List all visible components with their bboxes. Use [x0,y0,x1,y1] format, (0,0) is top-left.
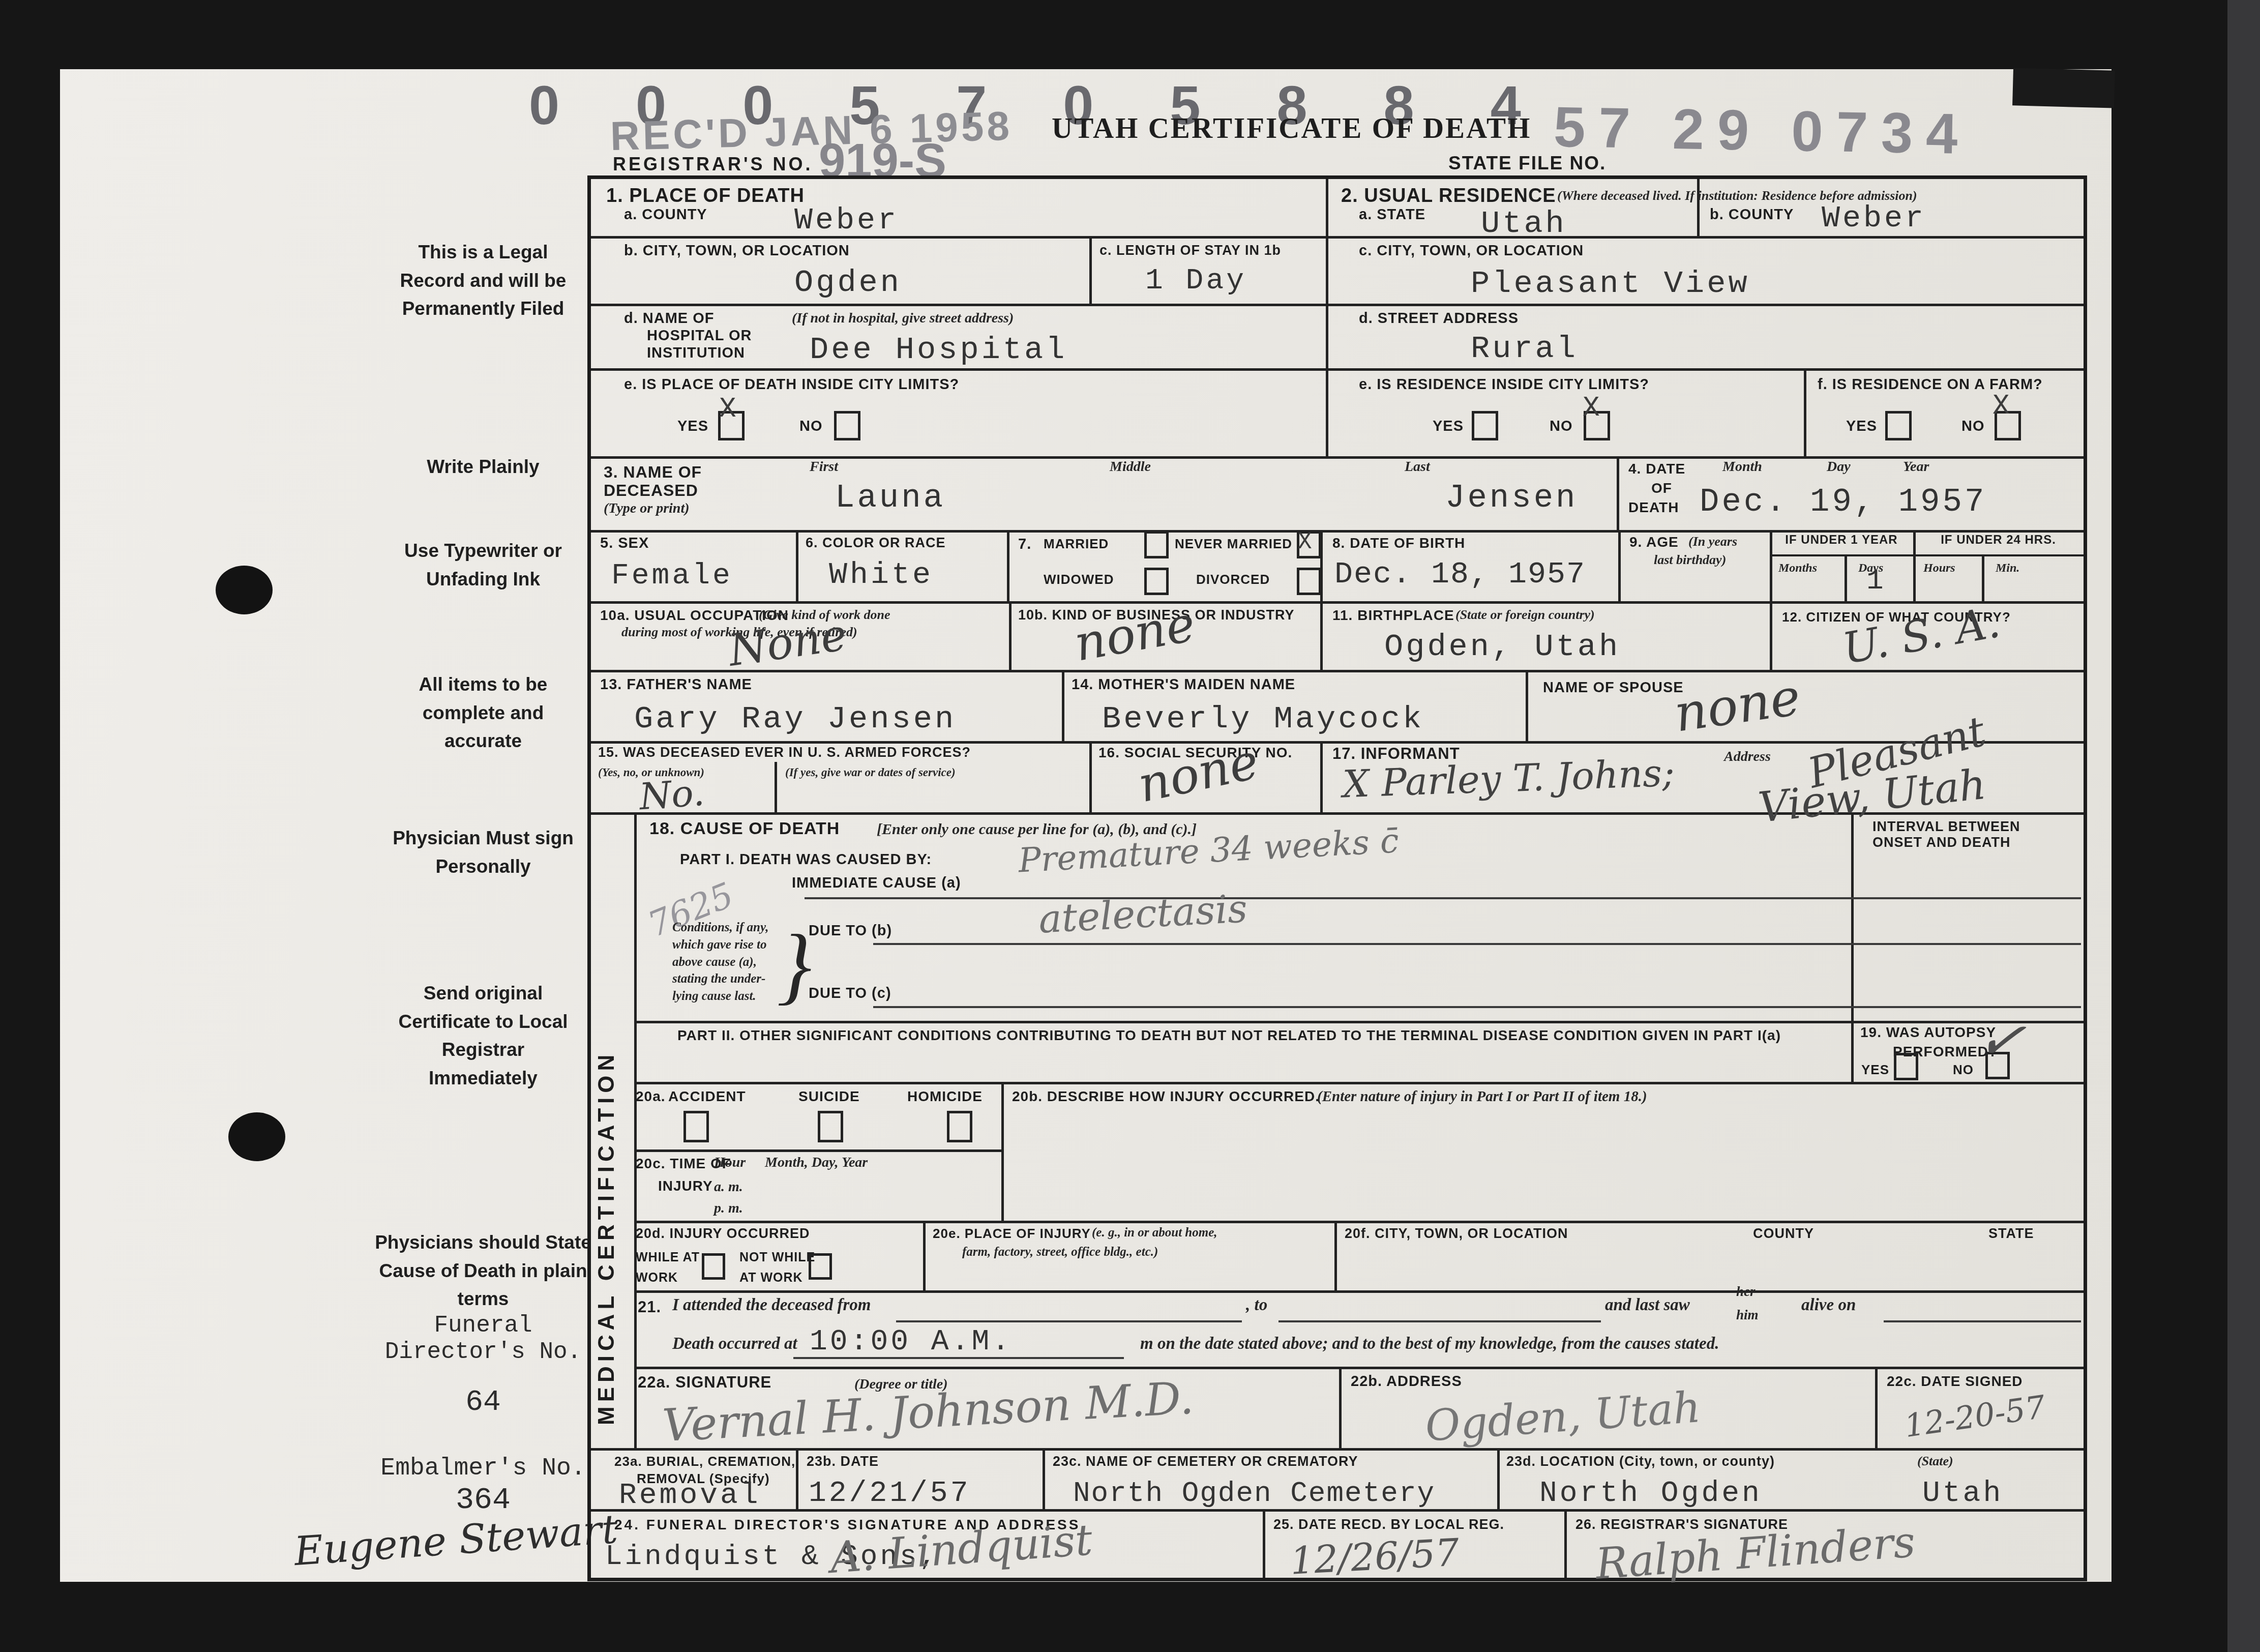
f23d-value: North Ogden [1539,1477,1762,1510]
s1-d-label2: HOSPITAL OR [647,328,752,344]
f20b-label: 20b. DESCRIBE HOW INJURY OCCURRED. [1012,1088,1320,1105]
margin-note-complete: All items to be complete and accurate [386,670,580,755]
f20a-suicide-checkbox [818,1111,843,1142]
f18-line-c [873,1006,2081,1008]
grid-line [1043,1448,1045,1509]
s1-e-label: e. IS PLACE OF DEATH INSIDE CITY LIMITS? [624,376,959,393]
f20a-homicide-label: HOMICIDE [907,1088,983,1105]
s1-c-label: c. LENGTH OF STAY IN 1b [1099,243,1281,258]
s3-label2: DECEASED [604,481,698,500]
embalmers-no-label: Embalmer's No. [351,1455,615,1482]
f7-number: 7. [1018,536,1031,553]
f21-number: 21. [638,1298,661,1316]
certificate-title: UTAH CERTIFICATE OF DEATH [1052,112,1531,145]
scan-right-band [2227,0,2260,1652]
f20f-county-label: COUNTY [1753,1226,1814,1242]
f13-value: Gary Ray Jensen [634,701,956,737]
f20c-label2: INJURY [658,1178,713,1194]
f7-widowed-label: WIDOWED [1044,572,1114,587]
scan-corner-shadow [2012,68,2115,108]
s2-a-label: a. STATE [1359,206,1425,223]
s3-first-label: First [810,459,838,475]
grid-line [1007,530,1009,601]
f20f-state-label: STATE [1988,1226,2034,1242]
f22c-label: 22c. DATE SIGNED [1887,1373,2023,1390]
certificate-paper: 0 0 0 5 7 0 5 8 8 4 REC'D JAN 6 1958 REG… [60,69,2112,1582]
f20c-hour-label: Hour [714,1155,746,1171]
f22c-value: 12-20-57 [1902,1388,2047,1444]
s1-d-value: Dee Hospital [810,332,1067,368]
f20f-label: 20f. CITY, TOWN, OR LOCATION [1345,1226,1568,1242]
grid-line [775,762,777,812]
s1-d-label3: INSTITUTION [647,345,745,362]
grid-line [634,1221,2084,1223]
s2-title: 2. USUAL RESIDENCE [1341,185,1556,207]
grid-line [1875,1367,1878,1448]
f23a-label: 23a. BURIAL, CREMATION, [614,1454,795,1469]
medical-certification-label: MEDICAL CERTIFICATION [594,840,619,1425]
f22a-label: 22a. SIGNATURE [638,1373,771,1392]
f23c-value: North Ogden Cemetery [1073,1477,1435,1510]
f9-under24-label: IF UNDER 24 HRS. [1913,533,2084,547]
f21-blank2 [1278,1320,1601,1322]
s4-label: 4. DATE [1628,461,1685,477]
f18-label: 18. CAUSE OF DEATH [649,819,840,839]
s3-middle-label: Middle [1110,459,1151,475]
f23d-state-label: (State) [1917,1454,1953,1469]
f21-time-value: 10:00 A.M. [810,1325,1012,1359]
s4-day-label: Day [1827,459,1851,475]
f22b-value: Ogden, Utah [1423,1382,1702,1451]
grid-line [1001,1082,1004,1221]
f10b-value: none [1070,595,1199,672]
grid-line [1339,1367,1342,1448]
grid-line [1617,456,1619,530]
s2-e-no-mark: X [1583,392,1602,424]
f20a-accident-checkbox [683,1111,709,1142]
funeral-directors-no-value: 64 [371,1386,595,1419]
s2-c-value: Pleasant View [1471,265,1750,302]
grid-line [1497,1448,1500,1509]
f20e-sublabel1: (e. g., in or about home, [1092,1226,1217,1240]
margin-note-plain-terms: Physicians should State Cause of Death i… [371,1228,595,1313]
f18-due-b-label: DUE TO (b) [809,923,892,939]
s1-a-label: a. COUNTY [624,206,707,223]
f21-him-label: him [1736,1307,1759,1323]
f7-divorced-checkbox [1297,568,1321,595]
f15-label: 15. WAS DECEASED EVER IN U. S. ARMED FOR… [598,745,971,760]
s2-e-label: e. IS RESIDENCE INSIDE CITY LIMITS? [1359,376,1649,393]
grid-line [591,368,2084,371]
f7-never-married-label: NEVER MARRIED [1175,536,1292,552]
grid-line [1089,741,1092,812]
f18-due-c-label: DUE TO (c) [809,985,891,1002]
margin-note-physician-sign: Physician Must sign Personally [386,824,580,880]
f7-never-married-mark: X [1298,529,1315,555]
f8-value: Dec. 18, 1957 [1334,557,1586,592]
f7-divorced-label: DIVORCED [1196,572,1270,587]
f20c-mdy-label: Month, Day, Year [765,1155,868,1171]
grid-line [1845,554,1847,601]
f21-text1: I attended the deceased from [672,1296,871,1315]
received-date-stamp: REC'D JAN 6 1958 [610,103,1013,160]
f21-text3: and last saw [1605,1296,1690,1315]
f20a-suicide-label: SUICIDE [798,1088,860,1105]
f20b-sublabel: (Enter nature of injury in Part I or Par… [1317,1088,1647,1105]
f22b-label: 22b. ADDRESS [1351,1373,1462,1390]
f18-line-b [873,943,2081,945]
f20c-pm-label: p. m. [714,1200,743,1217]
f9-under1-label: IF UNDER 1 YEAR [1770,533,1913,547]
f9-sublabel1: (In years [1688,534,1737,549]
f9-hours-label: Hours [1923,562,1955,575]
s1-d-label: d. NAME OF [624,310,715,327]
f20d-while-checkbox [702,1253,725,1280]
s2-f-yes-label: YES [1846,418,1877,435]
grid-line [1009,601,1012,670]
f9-months-label: Months [1778,562,1817,575]
f15-value: No. [638,771,706,818]
f21-time-underline [793,1357,1124,1359]
f12-value: U. S. A. [1839,597,2004,674]
f23b-value: 12/21/57 [809,1477,970,1510]
s1-e-no-label: NO [799,418,823,435]
f21-blank1 [896,1320,1242,1322]
s3-last-value: Jensen [1445,480,1578,517]
s2-e-no-label: NO [1550,418,1573,435]
f19-yes-label: YES [1861,1062,1889,1078]
s1-title: 1. PLACE OF DEATH [606,185,805,207]
f18-b-value: atelectasis [1037,886,1248,941]
grid-line [1697,179,1700,236]
f9-days-value: 1 [1866,565,1886,597]
f23a-value: Removal [619,1479,761,1512]
grid-line [1326,179,1328,456]
f20e-sublabel2: farm, factory, street, office bldg., etc… [962,1245,1158,1259]
f21-text5: Death occurred at [672,1335,797,1353]
registrar-no-label: REGISTRAR'S NO. [613,154,813,175]
s3-first-value: Launa [835,480,945,517]
grid-line [1263,1509,1265,1578]
s1-d-sublabel: (If not in hospital, give street address… [792,310,1014,327]
grid-line [1618,530,1621,601]
grid-line [634,1367,2084,1369]
f9-sublabel2: last birthday) [1654,552,1726,568]
funeral-directors-no-label: Funeral Director's No. [371,1312,595,1365]
s1-e-yes-label: YES [677,418,708,435]
s3-last-label: Last [1405,459,1430,475]
s2-d-label: d. STREET ADDRESS [1359,310,1519,327]
grid-line [634,1021,2084,1023]
f7-married-label: MARRIED [1044,536,1109,552]
grid-line [1089,236,1092,304]
s2-f-no-label: NO [1961,418,1985,435]
f19-yes-checkbox [1894,1053,1918,1080]
s2-b-value: Weber [1822,201,1926,236]
f21-text2: , to [1246,1296,1267,1315]
s4-value: Dec. 19, 1957 [1700,484,1986,521]
s2-f-no-mark: X [1993,390,2012,422]
grid-line [591,530,2084,533]
f23c-label: 23c. NAME OF CEMETERY OR CREMATORY [1053,1454,1358,1469]
s4-month-label: Month [1722,459,1762,475]
s1-b-label: b. CITY, TOWN, OR LOCATION [624,243,850,259]
grid-line [1770,530,1772,670]
f20d-while-label: WHILE AT [636,1250,700,1265]
f20a-number: 20a. [636,1088,666,1105]
grid-line [1770,554,2084,556]
spouse-label: NAME OF SPOUSE [1543,680,1684,696]
s1-b-value: Ogden [794,264,902,301]
f7-married-checkbox [1144,531,1169,558]
f5-label: 5. SEX [600,535,649,552]
f8-label: 8. DATE OF BIRTH [1332,535,1465,551]
f6-label: 6. COLOR OR RACE [806,535,946,551]
f7-widowed-checkbox [1144,568,1169,595]
f20a-homicide-checkbox [947,1111,972,1142]
grid-line [796,530,798,601]
s2-f-yes-checkbox [1885,411,1912,440]
s1-c-value: 1 Day [1145,264,1246,298]
f23d-state-value: Utah [1922,1477,2003,1510]
f20e-label: 20e. PLACE OF INJURY [933,1226,1091,1242]
f19-label: 19. WAS AUTOPSY [1860,1024,1996,1041]
f14-label: 14. MOTHER'S MAIDEN NAME [1072,676,1295,693]
punch-hole-top [216,566,273,614]
certificate-form: 1. PLACE OF DEATH a. COUNTY Weber b. CIT… [587,175,2087,1581]
grid-line [1320,741,1323,812]
f9-label: 9. AGE [1629,534,1679,550]
f23b-label: 23b. DATE [807,1454,879,1469]
f25-label: 25. DATE RECD. BY LOCAL REG. [1273,1517,1504,1532]
f18-interval-label: INTERVAL BETWEEN ONSET AND DEATH [1872,819,2066,850]
margin-note-send-original: Send original Certificate to Local Regis… [386,979,580,1092]
grid-line [591,304,2084,306]
grid-line [634,1149,1001,1152]
f20d-while-label2: WORK [636,1271,678,1285]
f5-value: Female [611,559,733,593]
grid-line [1526,670,1528,741]
margin-note-typewriter: Use Typewriter or Unfading Ink [386,537,580,593]
f21-text6: m on the date stated above; and to the b… [1140,1335,1719,1353]
spouse-value: none [1671,667,1804,743]
f21-blank3 [1884,1320,2081,1322]
grid-line [1062,670,1064,741]
grid-line [591,601,2084,604]
f21-text4: alive on [1801,1296,1856,1315]
f20a-accident-label: ACCIDENT [668,1088,746,1105]
margin-note-legal-record: This is a Legal Record and will be Perma… [386,238,580,323]
grid-line [634,812,637,1448]
s4-label2: OF [1651,480,1672,496]
f20d-notwhile-checkbox [809,1253,832,1280]
s2-e-yes-checkbox [1472,411,1498,440]
grid-line [1804,368,1806,456]
f19-no-checkmark: ✓ [1973,1004,2029,1076]
state-file-value: 57 29 0734 [1553,94,1972,167]
f14-value: Beverly Maycock [1102,701,1424,737]
grid-line [923,1221,926,1290]
f11-sublabel: (State or foreign country) [1455,607,1595,623]
f21-her-label: her [1736,1284,1756,1300]
f20d-label: 20d. INJURY OCCURRED [636,1226,810,1242]
f20d-notwhile-label2: AT WORK [739,1271,803,1285]
grid-line [1851,812,1854,1082]
grid-line [1334,1221,1337,1290]
grid-line [591,1448,2084,1451]
s1-a-value: Weber [794,203,899,238]
s4-year-label: Year [1903,459,1929,475]
f15-sublabel2: (If yes, give war or dates of service) [785,766,956,779]
s2-e-yes-label: YES [1433,418,1464,435]
f6-value: White [829,558,933,593]
s1-e-yes-mark: X [719,393,739,425]
f18-conditions-label: Conditions, if any, which gave rise to a… [672,919,783,1005]
f23d-label: 23d. LOCATION (City, town, or county) [1506,1454,1775,1469]
s2-a-value: Utah [1481,205,1567,242]
f19-no-label: NO [1953,1062,1974,1078]
s2-c-label: c. CITY, TOWN, OR LOCATION [1359,243,1584,259]
grid-line [634,1290,2084,1293]
grid-line [634,1082,2084,1084]
f18-line-a [805,897,2081,899]
margin-note-write-plainly: Write Plainly [386,453,580,481]
f9-min-label: Min. [1996,562,2019,575]
punch-hole-bottom [228,1112,285,1161]
s3-sublabel: (Type or print) [604,500,690,517]
f13-label: 13. FATHER'S NAME [600,676,752,693]
f11-label: 11. BIRTHPLACE [1332,607,1454,624]
s2-d-value: Rural [1471,331,1578,367]
grid-line [796,1448,798,1509]
f18-part2-label: PART II. OTHER SIGNIFICANT CONDITIONS CO… [677,1027,1781,1044]
s4-label3: DEATH [1628,499,1679,516]
f20d-notwhile-label: NOT WHILE [739,1250,815,1265]
grid-line [1564,1509,1567,1578]
f11-value: Ogden, Utah [1384,629,1620,665]
s3-label: 3. NAME OF [604,463,702,482]
f17-address-label: Address [1724,749,1771,765]
s2-b-label: b. COUNTY [1710,206,1794,223]
f18-part1-label: PART I. DEATH WAS CAUSED BY: [680,851,932,868]
f18-brace: } [777,916,812,1015]
f25-value: 12/26/57 [1289,1530,1460,1583]
s1-e-no-checkbox [834,411,860,440]
f20c-am-label: a. m. [714,1179,743,1195]
grid-line [1982,554,1984,601]
f18-immediate-cause-label: IMMEDIATE CAUSE (a) [792,875,961,892]
